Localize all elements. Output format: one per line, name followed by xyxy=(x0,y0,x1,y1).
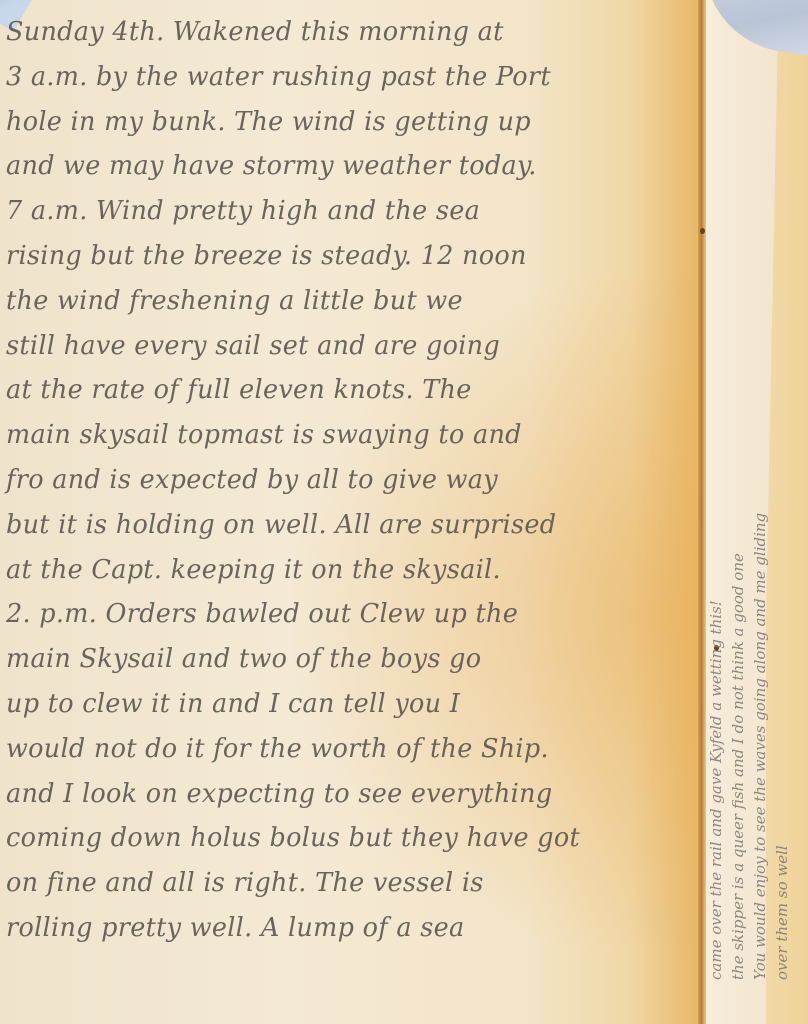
entry-line: at the rate of full eleven knots. The xyxy=(6,368,682,413)
entry-line: Sunday 4th. Wakened this morning at xyxy=(6,10,682,55)
entry-line: but it is holding on well. All are surpr… xyxy=(6,503,682,548)
entry-line: and I look on expecting to see everythin… xyxy=(6,772,682,817)
entry-line: coming down holus bolus but they have go… xyxy=(6,816,682,861)
margin-note-line: came over the rail and gave Kyfeld a wet… xyxy=(705,40,727,1000)
entry-line: main skysail topmast is swaying to and xyxy=(6,413,682,458)
entry-line: still have every sail set and are going xyxy=(6,324,682,369)
margin-note-line: You would enjoy to see the waves going a… xyxy=(749,40,771,1000)
entry-line: hole in my bunk. The wind is getting up xyxy=(6,100,682,145)
diary-scan: Sunday 4th. Wakened this morning at 3 a.… xyxy=(0,0,808,1024)
entry-line: rolling pretty well. A lump of a sea xyxy=(6,906,682,951)
entry-line: and we may have stormy weather today. xyxy=(6,144,682,189)
entry-line: main Skysail and two of the boys go xyxy=(6,637,682,682)
margin-note-vertical: came over the rail and gave Kyfeld a wet… xyxy=(705,40,793,1000)
entry-line: 3 a.m. by the water rushing past the Por… xyxy=(6,55,682,100)
entry-line: 2. p.m. Orders bawled out Clew up the xyxy=(6,592,682,637)
entry-line: rising but the breeze is steady. 12 noon xyxy=(6,234,682,279)
entry-line: at the Capt. keeping it on the skysail. xyxy=(6,548,682,593)
entry-line: would not do it for the worth of the Shi… xyxy=(6,727,682,772)
entry-line: 7 a.m. Wind pretty high and the sea xyxy=(6,189,682,234)
entry-line: the wind freshening a little but we xyxy=(6,279,682,324)
diary-entry-text: Sunday 4th. Wakened this morning at 3 a.… xyxy=(6,10,696,951)
margin-note-line: the skipper is a queer fish and I do not… xyxy=(727,40,749,1000)
entry-line: on fine and all is right. The vessel is xyxy=(6,861,682,906)
diary-page-left: Sunday 4th. Wakened this morning at 3 a.… xyxy=(0,0,700,1024)
entry-line: fro and is expected by all to give way xyxy=(6,458,682,503)
margin-note-line: over them so well xyxy=(771,40,793,1000)
entry-line: up to clew it in and I can tell you I xyxy=(6,682,682,727)
